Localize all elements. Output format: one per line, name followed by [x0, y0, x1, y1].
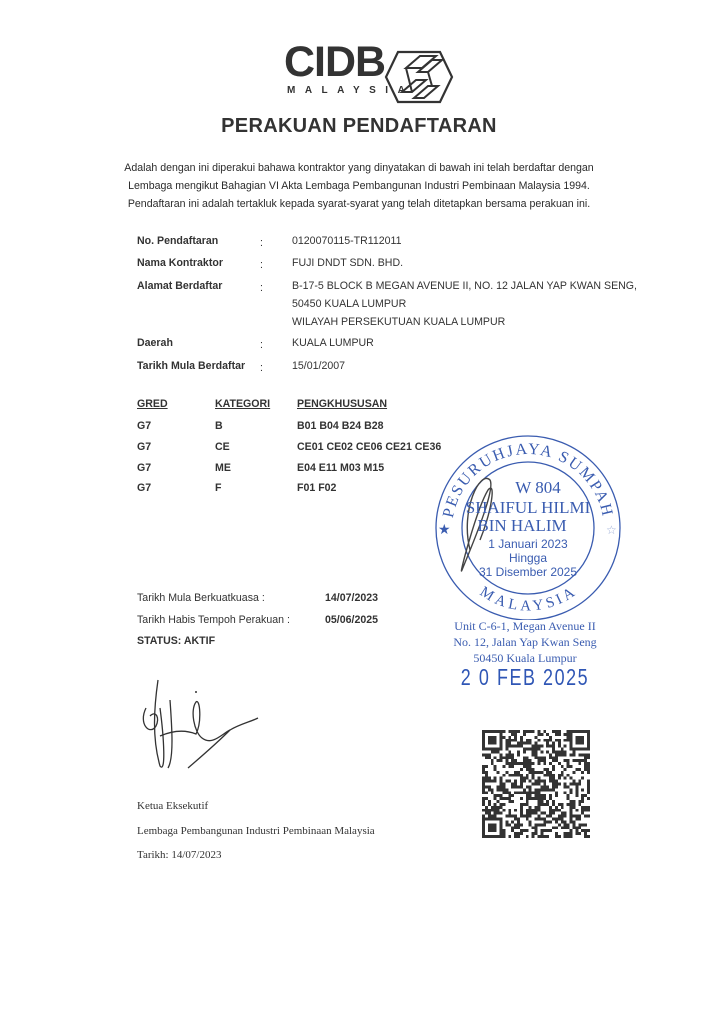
field-value-registration-date: 15/01/2007	[292, 357, 345, 375]
stamp-valid-to: 31 Disember 2025	[430, 565, 626, 579]
category-cell: B	[215, 420, 223, 432]
document-title: PERAKUAN PENDAFTARAN	[0, 115, 718, 138]
field-label-registration-date: Tarikh Mula Berdaftar	[137, 360, 245, 372]
stamp-number: W 804	[440, 478, 636, 498]
stamp-name-line2: BIN HALIM	[424, 516, 620, 536]
specialization-cell: B01 B04 B24 B28	[297, 420, 384, 432]
column-header-grade: GRED	[137, 398, 168, 410]
field-colon: :	[260, 282, 263, 294]
specialization-cell: CE01 CE02 CE06 CE21 CE36	[297, 441, 441, 453]
stamp-address-line: No. 12, Jalan Yap Kwan Seng	[420, 634, 630, 650]
stamp-until: Hingga	[430, 551, 626, 565]
column-header-category: KATEGORI	[215, 398, 270, 410]
field-value-address: B-17-5 BLOCK B MEGAN AVENUE II, NO. 12 J…	[292, 277, 637, 331]
stamp-address-line: Unit C-6-1, Megan Avenue II	[420, 618, 630, 634]
specialization-cell: E04 E11 M03 M15	[297, 462, 384, 474]
expiry-date-value: 05/06/2025	[325, 614, 378, 626]
signatory-title: Ketua Eksekutif	[137, 800, 208, 812]
category-cell: F	[215, 482, 221, 494]
stamp-address: Unit C-6-1, Megan Avenue II No. 12, Jala…	[420, 618, 630, 666]
grade-cell: G7	[137, 462, 151, 474]
field-colon: :	[260, 237, 263, 249]
column-header-specialization: PENGKHUSUSAN	[297, 398, 387, 410]
field-label-contractor-name: Nama Kontraktor	[137, 257, 223, 269]
category-cell: CE	[215, 441, 230, 453]
effective-date-label: Tarikh Mula Berkuatkuasa :	[137, 592, 265, 604]
stamp-name-line1: SHAIFUL HILMI	[430, 498, 626, 518]
address-line: 50450 KUALA LUMPUR	[292, 295, 637, 313]
qr-code-icon[interactable]	[480, 730, 592, 838]
field-value-contractor-name: FUJI DNDT SDN. BHD.	[292, 254, 403, 272]
field-colon: :	[260, 362, 263, 374]
svg-text:MALAYSIA: MALAYSIA	[477, 584, 579, 615]
address-line: B-17-5 BLOCK B MEGAN AVENUE II, NO. 12 J…	[292, 277, 637, 295]
grade-cell: G7	[137, 441, 151, 453]
cidb-logo: CIDB MALAYSIA	[284, 42, 456, 102]
category-cell: ME	[215, 462, 231, 474]
field-value-district: KUALA LUMPUR	[292, 334, 374, 352]
address-line: WILAYAH PERSEKUTUAN KUALA LUMPUR	[292, 313, 637, 331]
status-badge: STATUS: AKTIF	[137, 635, 215, 647]
stamp-valid-from: 1 Januari 2023	[430, 537, 626, 551]
intro-paragraph: Adalah dengan ini diperakui bahawa kontr…	[120, 159, 598, 213]
commissioner-for-oaths-stamp: PESURUHJAYA SUMPAH MALAYSIA ★ ☆ W 804 SH…	[430, 430, 626, 620]
signatory-organization: Lembaga Pembangunan Industri Pembinaan M…	[137, 825, 375, 837]
logo-text: CIDB	[284, 42, 385, 82]
signatory-date: Tarikh: 14/07/2023	[137, 849, 221, 861]
field-colon: :	[260, 259, 263, 271]
field-label-district: Daerah	[137, 337, 173, 349]
intro-line: Pendaftaran ini adalah tertakluk kepada …	[120, 195, 598, 213]
field-label-registration-no: No. Pendaftaran	[137, 235, 218, 247]
effective-date-value: 14/07/2023	[325, 592, 378, 604]
field-colon: :	[260, 339, 263, 351]
expiry-date-label: Tarikh Habis Tempoh Perakuan :	[137, 614, 290, 626]
intro-line: Lembaga mengikut Bahagian VI Akta Lembag…	[120, 177, 598, 195]
grade-cell: G7	[137, 482, 151, 494]
specialization-cell: F01 F02	[297, 482, 336, 494]
date-stamp: 2 0 FEB 2025	[459, 664, 592, 691]
cidb-hexagon-icon	[384, 48, 454, 106]
signature-icon	[130, 668, 270, 778]
intro-line: Adalah dengan ini diperakui bahawa kontr…	[120, 159, 598, 177]
field-label-address: Alamat Berdaftar	[137, 280, 222, 292]
field-value-registration-no: 0120070115-TR112011	[292, 232, 402, 250]
grade-cell: G7	[137, 420, 151, 432]
